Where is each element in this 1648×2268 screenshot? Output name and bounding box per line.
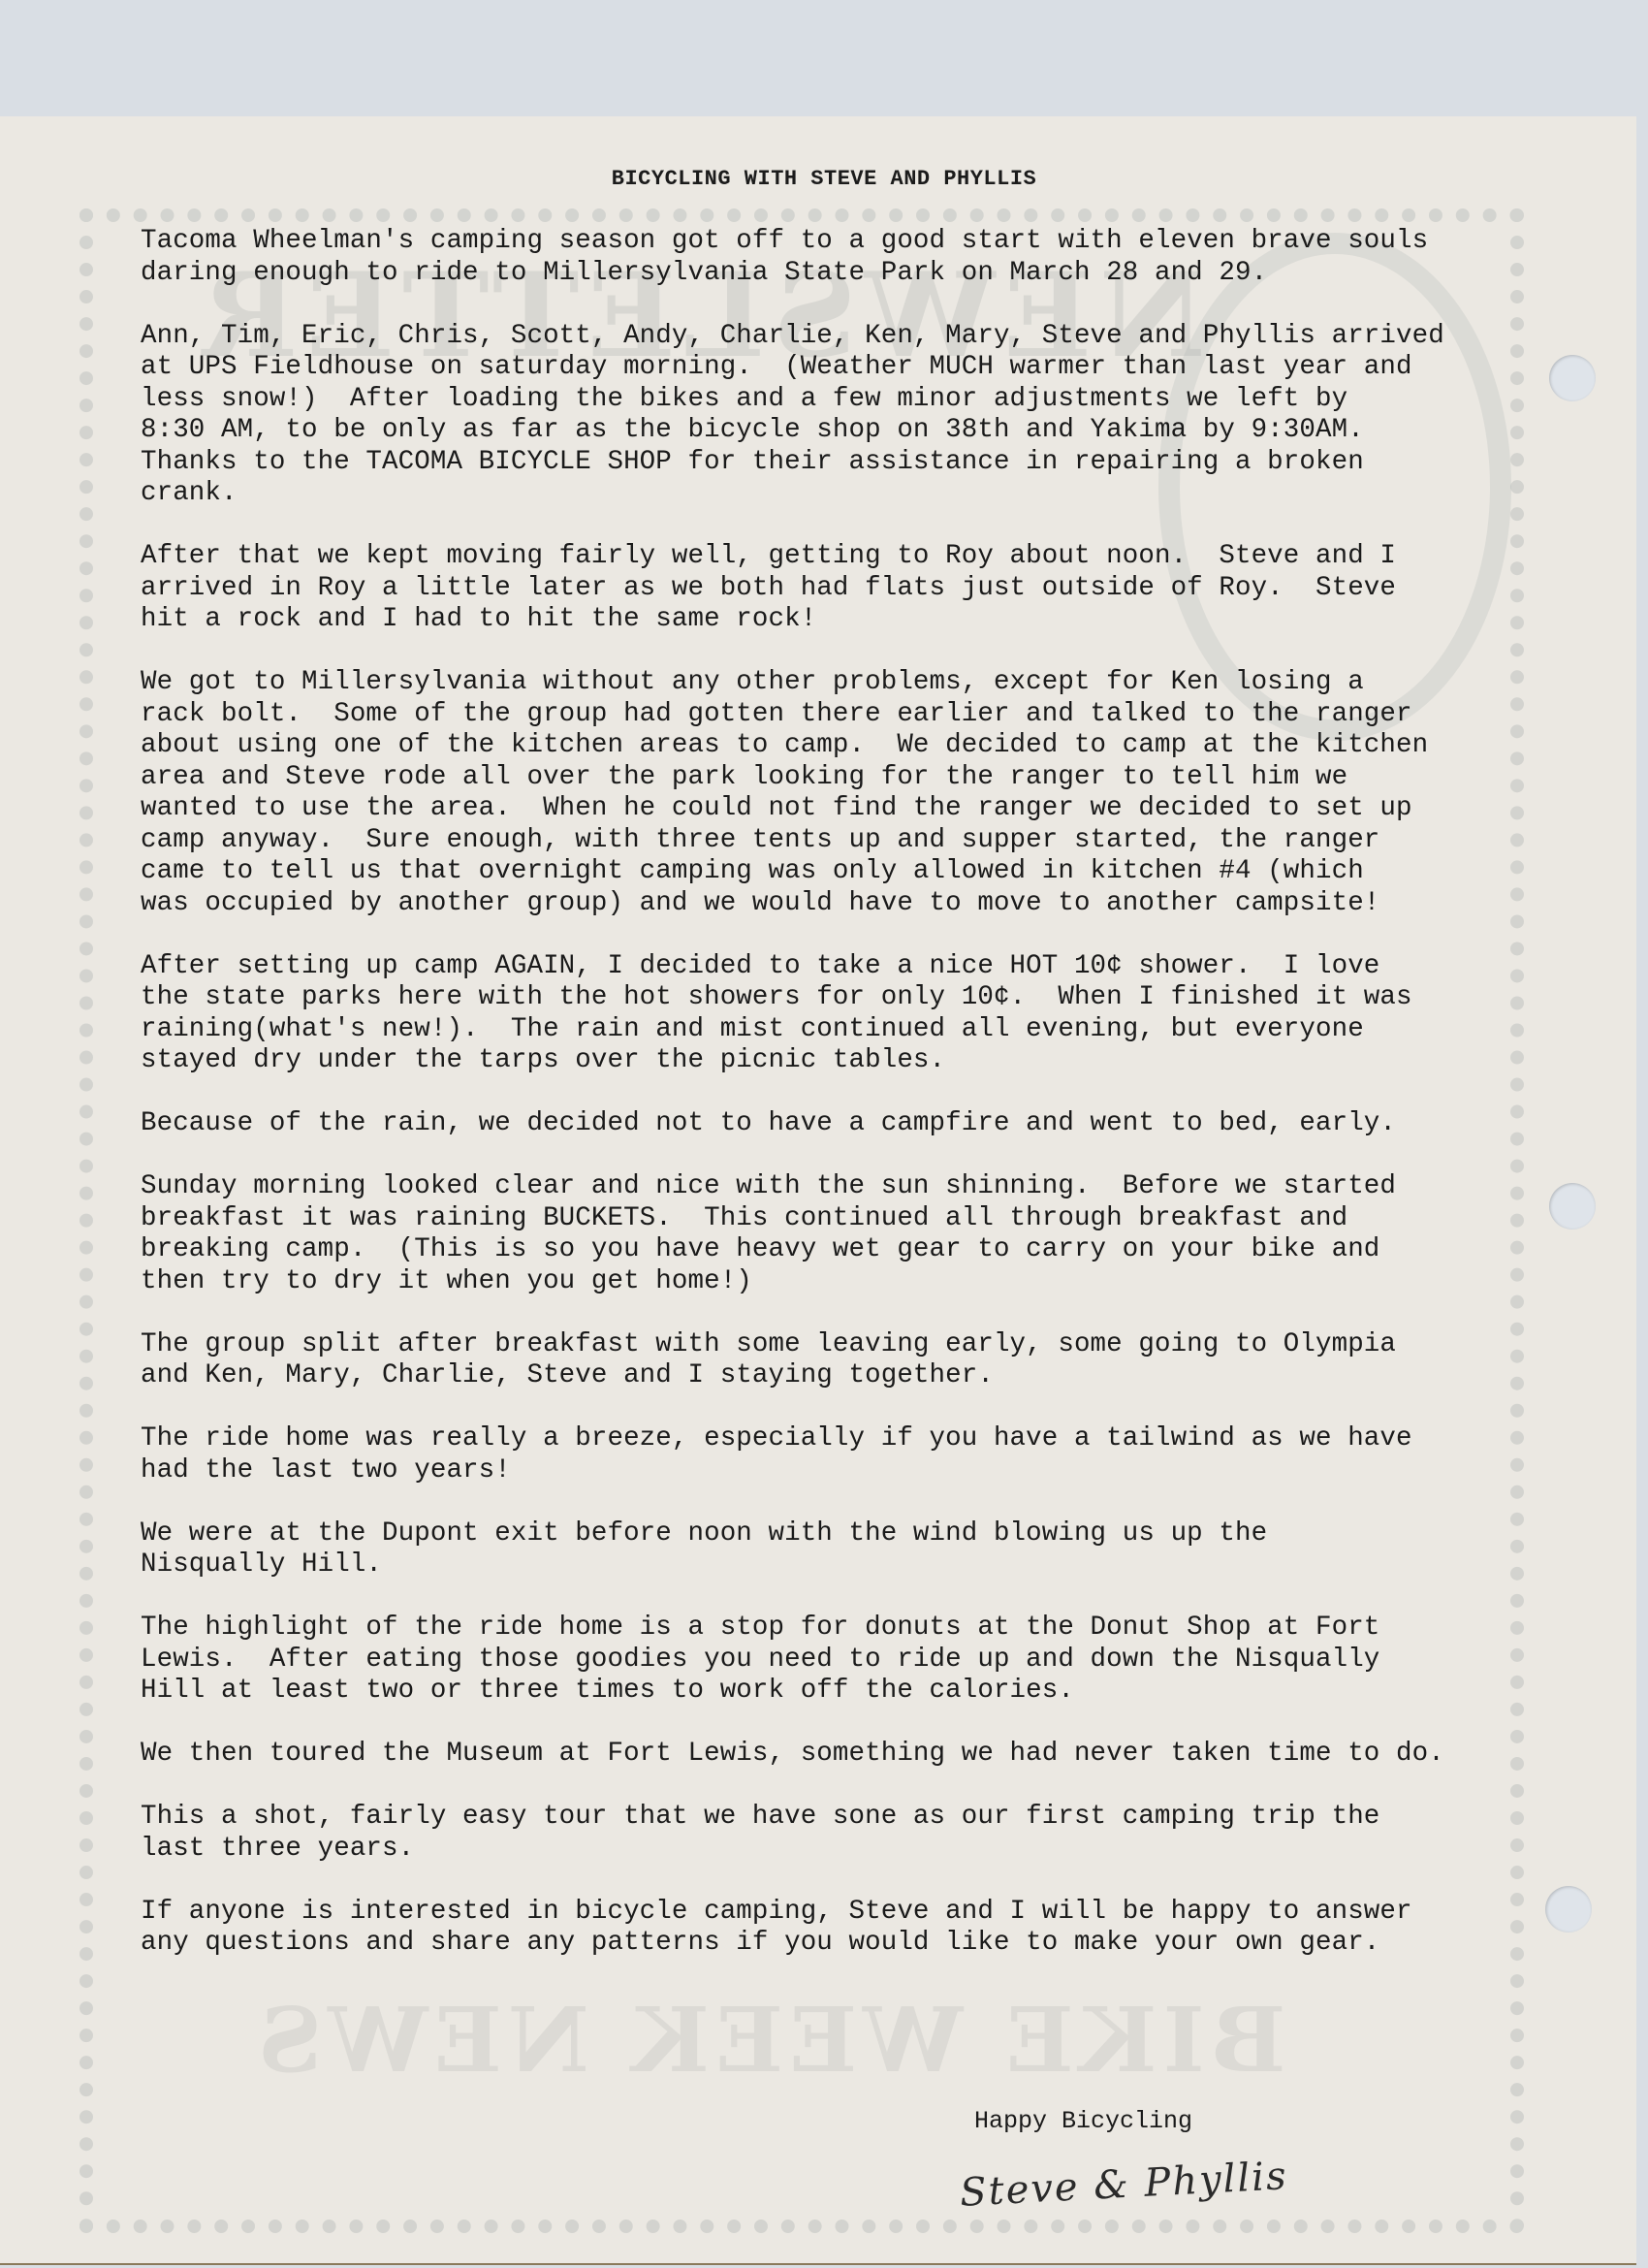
paragraph-rain: Because of the rain, we decided not to h… xyxy=(141,1108,1517,1140)
paragraph-departure: Ann, Tim, Eric, Chris, Scott, Andy, Char… xyxy=(141,321,1517,510)
paragraph-sunday: Sunday morning looked clear and nice wit… xyxy=(141,1171,1517,1297)
paragraph-split: The group split after breakfast with som… xyxy=(141,1329,1517,1392)
paragraph-dupont: We were at the Dupont exit before noon w… xyxy=(141,1518,1517,1581)
punch-hole-top xyxy=(1549,355,1596,401)
bleed-through-footer: BIKE WEEK NEWS xyxy=(252,1988,1285,2092)
punch-hole-middle xyxy=(1549,1183,1596,1230)
paragraph-intro: Tacoma Wheelman's camping season got off… xyxy=(141,226,1517,289)
article-title: BICYCLING WITH STEVE AND PHYLLIS xyxy=(0,167,1636,191)
paragraph-roy: After that we kept moving fairly well, g… xyxy=(141,541,1517,636)
paragraph-ride-home: The ride home was really a breeze, espec… xyxy=(141,1423,1517,1486)
paragraph-summary: This a shot, fairly easy tour that we ha… xyxy=(141,1802,1517,1865)
article-body: Tacoma Wheelman's camping season got off… xyxy=(141,226,1517,1991)
paragraph-shower: After setting up camp AGAIN, I decided t… xyxy=(141,951,1517,1077)
paragraph-campsite: We got to Millersylvania without any oth… xyxy=(141,667,1517,919)
paragraph-invitation: If anyone is interested in bicycle campi… xyxy=(141,1897,1517,1960)
paragraph-donuts: The highlight of the ride home is a stop… xyxy=(141,1613,1517,1708)
paragraph-museum: We then toured the Museum at Fort Lewis,… xyxy=(141,1739,1517,1771)
closing-line: Happy Bicycling xyxy=(974,2107,1192,2135)
punch-hole-bottom xyxy=(1545,1886,1592,1933)
newsletter-page: NEWSLETTER BIKE WEEK NEWS BICYCLING WITH… xyxy=(0,116,1636,2263)
